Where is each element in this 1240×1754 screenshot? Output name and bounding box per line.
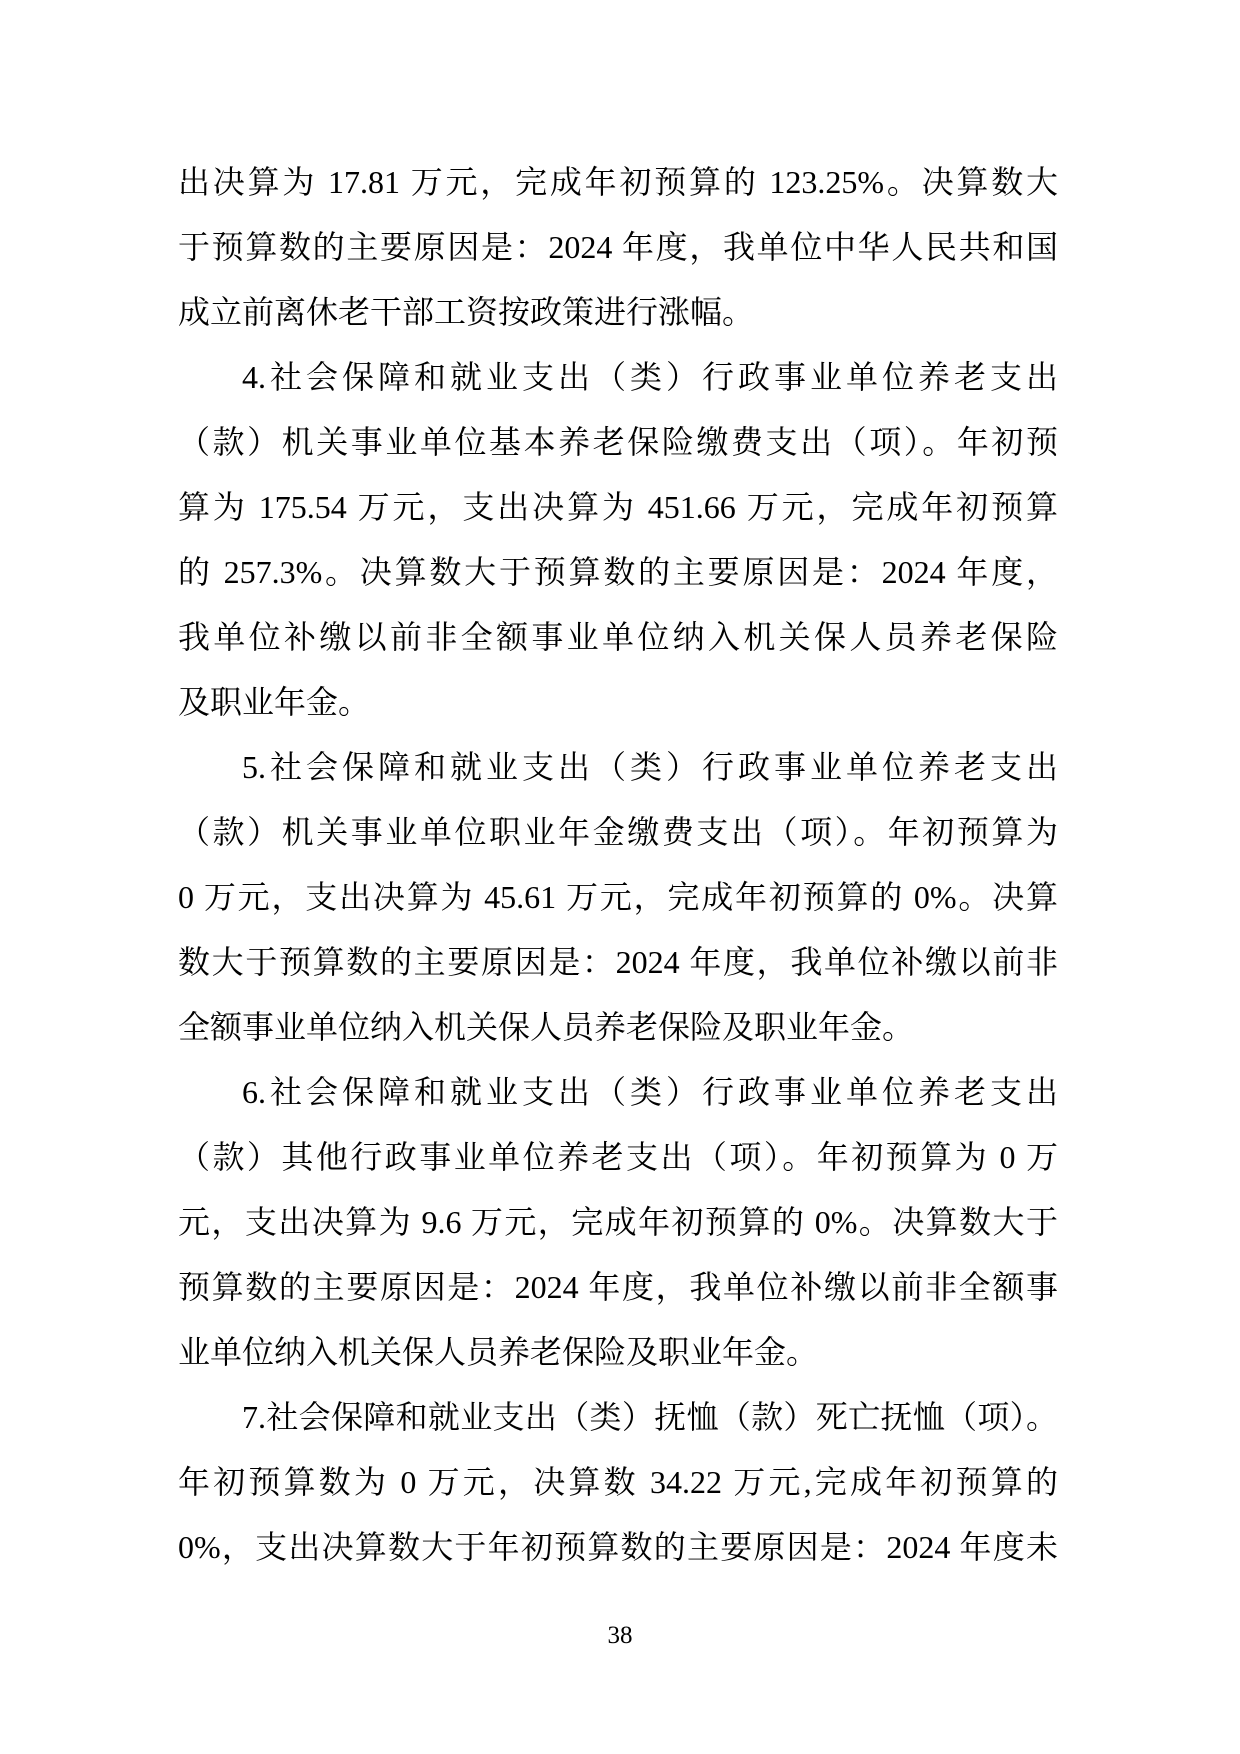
document-page: 出决算为 17.81 万元，完成年初预算的 123.25%。决算数大 于预算数的…: [0, 0, 1240, 1754]
text-line: （款）机关事业单位基本养老保险缴费支出（项）。年初预: [178, 410, 1058, 475]
text-line: 元，支出决算为 9.6 万元，完成年初预算的 0%。决算数大于: [178, 1190, 1058, 1255]
text-line: 算为 175.54 万元，支出决算为 451.66 万元，完成年初预算: [178, 475, 1058, 540]
text-line: 0 万元，支出决算为 45.61 万元，完成年初预算的 0%。决算: [178, 865, 1058, 930]
page-body: 出决算为 17.81 万元，完成年初预算的 123.25%。决算数大 于预算数的…: [178, 150, 1058, 1580]
text-line: （款）机关事业单位职业年金缴费支出（项）。年初预算为: [178, 800, 1058, 865]
text-line: 成立前离休老干部工资按政策进行涨幅。: [178, 280, 1058, 345]
text-line: 及职业年金。: [178, 670, 1058, 735]
text-line: 数大于预算数的主要原因是：2024 年度，我单位补缴以前非: [178, 930, 1058, 995]
text-line: 的 257.3%。决算数大于预算数的主要原因是：2024 年度，: [178, 540, 1058, 605]
text-line: 6.社会保障和就业支出（类）行政事业单位养老支出: [178, 1060, 1058, 1125]
text-line: 全额事业单位纳入机关保人员养老保险及职业年金。: [178, 995, 1058, 1060]
text-line: 预算数的主要原因是：2024 年度，我单位补缴以前非全额事: [178, 1255, 1058, 1320]
text-line: 7.社会保障和就业支出（类）抚恤（款）死亡抚恤（项）。: [178, 1385, 1058, 1450]
text-line: 于预算数的主要原因是：2024 年度，我单位中华人民共和国: [178, 215, 1058, 280]
text-line: （款）其他行政事业单位养老支出（项）。年初预算为 0 万: [178, 1125, 1058, 1190]
text-line: 5.社会保障和就业支出（类）行政事业单位养老支出: [178, 735, 1058, 800]
text-line: 我单位补缴以前非全额事业单位纳入机关保人员养老保险: [178, 605, 1058, 670]
page-number: 38: [0, 1616, 1240, 1656]
text-line: 业单位纳入机关保人员养老保险及职业年金。: [178, 1320, 1058, 1385]
text-line: 出决算为 17.81 万元，完成年初预算的 123.25%。决算数大: [178, 150, 1058, 215]
text-line: 4.社会保障和就业支出（类）行政事业单位养老支出: [178, 345, 1058, 410]
text-line: 0%，支出决算数大于年初预算数的主要原因是：2024 年度未: [178, 1515, 1058, 1580]
text-line: 年初预算数为 0 万元，决算数 34.22 万元,完成年初预算的: [178, 1450, 1058, 1515]
